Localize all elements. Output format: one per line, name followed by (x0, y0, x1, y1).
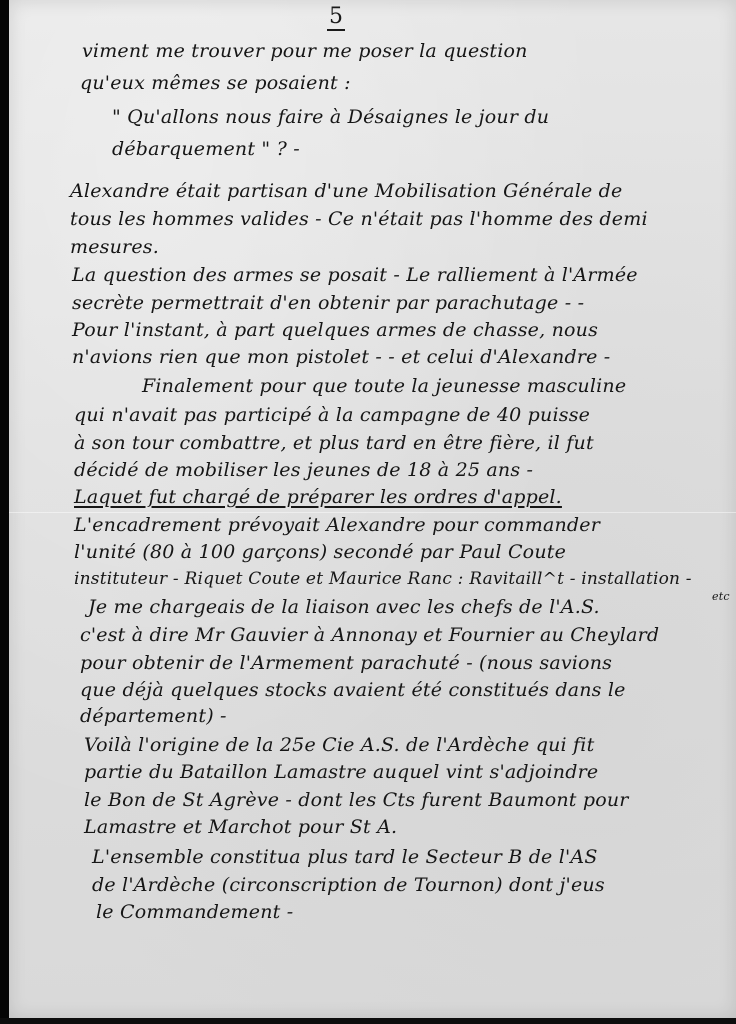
text-line: viment me trouver pour me poser la quest… (82, 38, 528, 64)
text-line: le Commandement - (96, 899, 293, 925)
text-line: le Bon de St Agrève - dont les Cts furen… (84, 787, 629, 813)
text-line: Lamastre et Marchot pour St A. (84, 814, 397, 840)
text-line: Alexandre était partisan d'une Mobilisat… (70, 178, 622, 204)
text-line: Finalement pour que toute la jeunesse ma… (142, 373, 626, 399)
text-line: partie du Bataillon Lamastre auquel vint… (84, 759, 598, 785)
scan-border-bottom (0, 1018, 736, 1024)
text-line: pour obtenir de l'Armement parachuté - (… (80, 650, 612, 676)
text-line: de l'Ardèche (circonscription de Tournon… (92, 872, 605, 898)
text-line: l'unité (80 à 100 garçons) secondé par P… (74, 539, 566, 565)
text-line: Pour l'instant, à part quelques armes de… (72, 317, 598, 343)
text-line: qui n'avait pas participé à la campagne … (74, 402, 590, 428)
text-line: Voilà l'origine de la 25e Cie A.S. de l'… (84, 732, 594, 758)
text-line: instituteur - Riquet Coute et Maurice Ra… (74, 566, 692, 592)
text-line: tous les hommes valides - Ce n'était pas… (70, 206, 648, 232)
text-line: que déjà quelques stocks avaient été con… (80, 677, 626, 703)
text-line: L'encadrement prévoyait Alexandre pour c… (74, 512, 600, 538)
text-annotation-etc: etc (712, 584, 730, 610)
text-line-underlined-name: Laquet fut chargé de préparer les ordres… (74, 484, 562, 510)
text-line: c'est à dire Mr Gauvier à Annonay et Fou… (80, 622, 659, 648)
text-line: département) - (80, 703, 227, 729)
text-line: Je me chargeais de la liaison avec les c… (88, 594, 600, 620)
text-line: qu'eux mêmes se posaient : (80, 70, 351, 96)
text-line: L'ensemble constitua plus tard le Secteu… (92, 844, 598, 870)
scan-border-left (0, 0, 9, 1024)
text-line: décidé de mobiliser les jeunes de 18 à 2… (74, 457, 533, 483)
text-line: La question des armes se posait - Le ral… (72, 262, 638, 288)
text-line: débarquement " ? - (112, 136, 300, 162)
text-line: mesures. (70, 234, 159, 260)
text-line: secrète permettrait d'en obtenir par par… (72, 290, 584, 316)
page-number: 5 (327, 6, 345, 31)
text-line: " Qu'allons nous faire à Désaignes le jo… (112, 104, 549, 130)
text-line: n'avions rien que mon pistolet - - et ce… (72, 344, 610, 370)
text-line: à son tour combattre, et plus tard en êt… (74, 430, 594, 456)
